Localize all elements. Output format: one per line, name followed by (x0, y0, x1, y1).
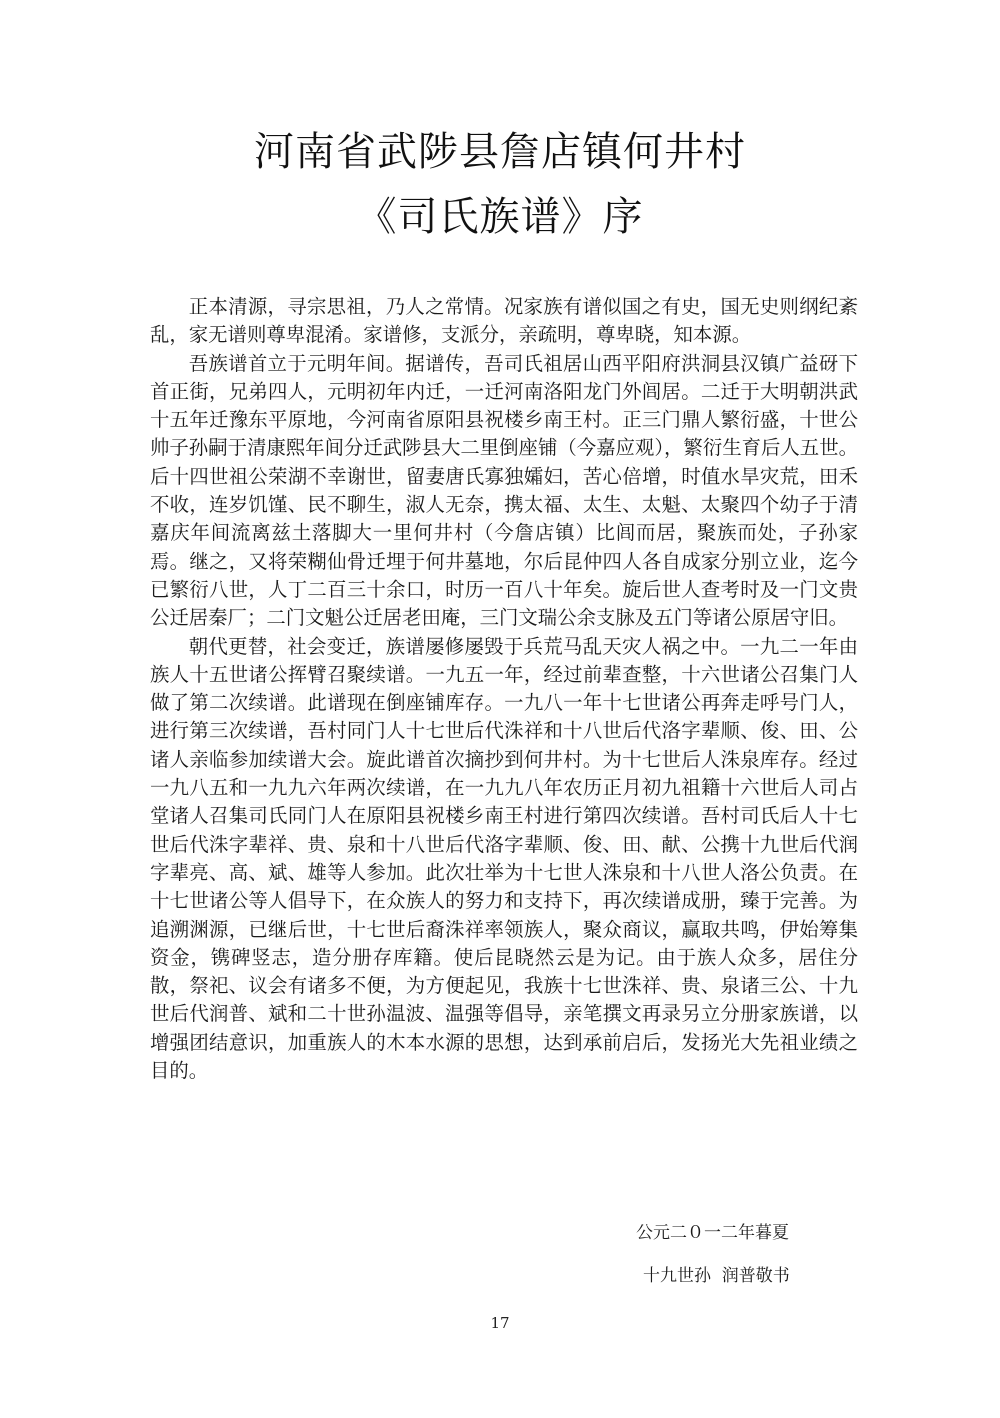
title-line-1: 河南省武陟县詹店镇何井村 (0, 128, 1000, 176)
paragraph-3: 朝代更替，社会变迁，族谱屡修屡毁于兵荒马乱天灾人祸之中。一九二一年由族人十五世诸… (150, 633, 858, 1086)
page-number: 17 (0, 1313, 1000, 1333)
date-line: 公元二０一二年暮夏 (636, 1221, 789, 1245)
paragraph-2: 吾族谱首立于元明年间。据谱传，吾司氏祖居山西平阳府洪洞县汉镇广益砑下首正街，兄弟… (150, 350, 858, 633)
body-text: 正本清源，寻宗思祖，乃人之常情。况家族有谱似国之有史，国无史则纲纪紊乱，家无谱则… (150, 293, 858, 1085)
document-page: 河南省武陟县詹店镇何井村 《司氏族谱》序 正本清源，寻宗思祖，乃人之常情。况家族… (0, 0, 1000, 1418)
paragraph-1: 正本清源，寻宗思祖，乃人之常情。况家族有谱似国之有史，国无史则纲纪紊乱，家无谱则… (150, 293, 858, 350)
title-line-2: 《司氏族谱》序 (0, 193, 1000, 241)
author-signature: 十九世孙 润普敬书 (643, 1264, 790, 1288)
